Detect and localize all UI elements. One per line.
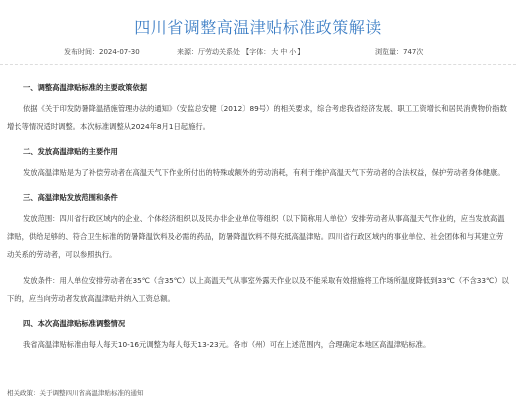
section-paragraph: 我省高温津贴标准由每人每天10-16元调整为每人每天13-23元。各市（州）可在… bbox=[7, 336, 509, 354]
source-value: 厅劳动关系处 bbox=[198, 48, 240, 56]
related-policy: 相关政策：关于调整四川省高温津贴标准的通知 bbox=[7, 388, 144, 398]
section-paragraph: 发放范围：四川省行政区域内的企业、个体经济组织以及民办非企业单位等组织（以下简称… bbox=[7, 210, 509, 264]
font-size-label-open: 【字体： bbox=[242, 48, 270, 56]
source-info: 来源：厅劳动关系处 【字体：大中小】 bbox=[177, 47, 304, 57]
publish-info: 发布时间：2024-07-30 bbox=[64, 47, 140, 57]
font-size-medium-button[interactable]: 中 bbox=[280, 48, 287, 56]
font-size-label-close: 】 bbox=[297, 48, 304, 56]
views-label: 浏览量： bbox=[375, 48, 403, 56]
source-label: 来源： bbox=[177, 48, 198, 56]
related-policy-link[interactable]: 关于调整四川省高温津贴标准的通知 bbox=[40, 389, 144, 397]
publish-date: 2024-07-30 bbox=[99, 48, 140, 56]
section-heading: 三、高温津贴发放范围和条件 bbox=[7, 190, 509, 206]
article-title: 四川省调整高温津贴标准政策解读 bbox=[0, 18, 516, 38]
related-policy-label: 相关政策： bbox=[7, 389, 40, 397]
section-heading: 四、本次高温津贴标准调整情况 bbox=[7, 316, 509, 332]
meta-separator bbox=[0, 64, 516, 65]
font-size-large-button[interactable]: 大 bbox=[271, 48, 278, 56]
section-heading: 一、调整高温津贴标准的主要政策依据 bbox=[7, 80, 509, 96]
section-paragraph: 发放条件：用人单位安排劳动者在35℃（含35℃）以上高温天气从事室外露天作业以及… bbox=[7, 272, 509, 308]
section-paragraph: 依据《关于印发防暑降温措施管理办法的通知》（安监总安健〔2012〕89号）的相关… bbox=[7, 100, 509, 136]
article-body: 一、调整高温津贴标准的主要政策依据 依据《关于印发防暑降温措施管理办法的通知》（… bbox=[7, 80, 509, 362]
section-heading: 二、发放高温津贴的主要作用 bbox=[7, 144, 509, 160]
section-paragraph: 发放高温津贴是为了补偿劳动者在高温天气下作业所付出的特殊或额外的劳动消耗，有利于… bbox=[7, 164, 509, 182]
views-info: 浏览量：747次 bbox=[375, 47, 423, 57]
publish-label: 发布时间： bbox=[64, 48, 99, 56]
font-size-small-button[interactable]: 小 bbox=[289, 48, 296, 56]
views-count: 747次 bbox=[403, 48, 423, 56]
